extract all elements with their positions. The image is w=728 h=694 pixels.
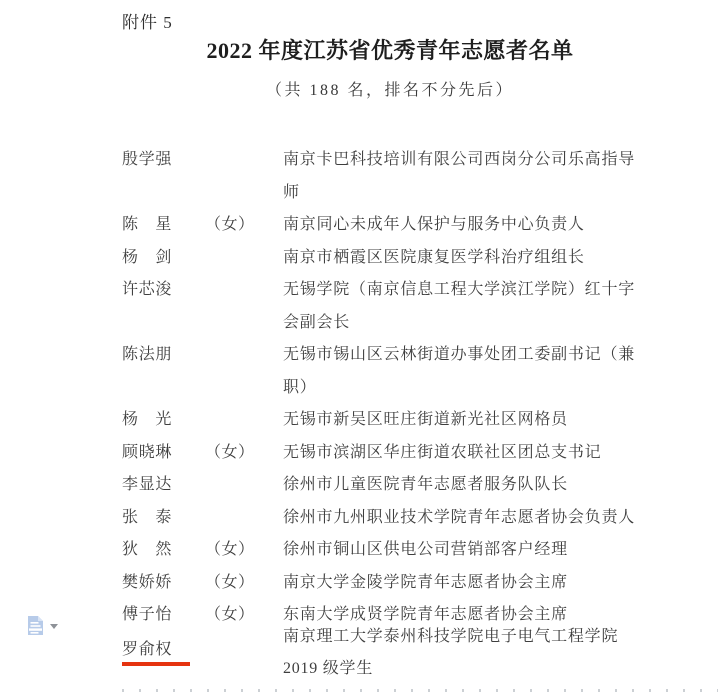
page-title: 2022 年度江苏省优秀青年志愿者名单 xyxy=(122,34,658,65)
organization-title: 南京理工大学泰州科技学院电子电气工程学院 2019 级学生 xyxy=(283,621,640,686)
volunteer-name: 许芯浚 xyxy=(122,274,205,307)
gender-label: （女） xyxy=(205,534,283,567)
volunteer-row: 顾晓琳 （女） 无锡市滨湖区华庄街道农联社区团总支书记 xyxy=(122,437,642,470)
volunteer-name: 张 泰 xyxy=(122,502,205,535)
organization-title: 徐州市铜山区供电公司营销部客户经理 xyxy=(283,534,640,567)
volunteer-row: 陈 星 （女） 南京同心未成年人保护与服务中心负责人 xyxy=(122,209,642,242)
organization-title: 南京同心未成年人保护与服务中心负责人 xyxy=(283,209,640,242)
volunteer-name: 樊娇娇 xyxy=(122,567,205,600)
volunteer-row: 樊娇娇 （女） 南京大学金陵学院青年志愿者协会主席 xyxy=(122,567,642,600)
volunteer-name: 陈 星 xyxy=(122,209,205,242)
volunteer-name: 陈法朋 xyxy=(122,339,205,372)
organization-title: 南京市栖霞区医院康复医学科治疗组组长 xyxy=(283,242,640,275)
volunteer-row: 张 泰 徐州市九州职业技术学院青年志愿者协会负责人 xyxy=(122,502,642,535)
organization-title: 无锡市滨湖区华庄街道农联社区团总支书记 xyxy=(283,437,640,470)
volunteer-row: 狄 然 （女） 徐州市铜山区供电公司营销部客户经理 xyxy=(122,534,642,567)
paste-options-button[interactable] xyxy=(26,615,58,636)
gender-label: （女） xyxy=(205,567,283,600)
organization-title: 无锡市新吴区旺庄街道新光社区网格员 xyxy=(283,404,640,437)
gender-label: （女） xyxy=(205,599,283,632)
volunteer-row: 李显达 徐州市儿童医院青年志愿者服务队队长 xyxy=(122,469,642,502)
volunteer-name: 顾晓琳 xyxy=(122,437,205,470)
gender-label: （女） xyxy=(205,437,283,470)
volunteer-name: 罗俞权 xyxy=(122,641,205,666)
paste-options-icon[interactable] xyxy=(26,615,45,636)
organization-title: 无锡学院（南京信息工程大学滨江学院）红十字会副会长 xyxy=(283,274,640,339)
volunteer-name: 李显达 xyxy=(122,469,205,502)
chevron-down-icon[interactable] xyxy=(50,624,58,629)
volunteer-row: 杨 剑 南京市栖霞区医院康复医学科治疗组组长 xyxy=(122,242,642,275)
organization-title: 徐州市儿童医院青年志愿者服务队队长 xyxy=(283,469,640,502)
volunteer-row: 许芯浚 无锡学院（南京信息工程大学滨江学院）红十字会副会长 xyxy=(122,274,642,339)
organization-title: 南京大学金陵学院青年志愿者协会主席 xyxy=(283,567,640,600)
volunteer-name: 杨 光 xyxy=(122,404,205,437)
volunteer-row: 杨 光 无锡市新吴区旺庄街道新光社区网格员 xyxy=(122,404,642,437)
clipped-next-row xyxy=(122,689,718,692)
volunteer-name: 殷学强 xyxy=(122,144,205,177)
organization-title: 徐州市九州职业技术学院青年志愿者协会负责人 xyxy=(283,502,640,535)
organization-title: 无锡市锡山区云林街道办事处团工委副书记（兼职） xyxy=(283,339,640,404)
volunteer-row: 殷学强 南京卡巴科技培训有限公司西岗分公司乐高指导师 xyxy=(122,144,642,209)
volunteer-name: 狄 然 xyxy=(122,534,205,567)
page-subtitle: （共 188 名，排名不分先后） xyxy=(122,77,658,100)
volunteer-name: 杨 剑 xyxy=(122,242,205,275)
gender-label: （女） xyxy=(205,209,283,242)
attachment-label: 附件 5 xyxy=(122,8,173,33)
organization-title: 南京卡巴科技培训有限公司西岗分公司乐高指导师 xyxy=(283,144,640,209)
volunteer-name: 傅子怡 xyxy=(122,599,205,632)
volunteer-list: 殷学强 南京卡巴科技培训有限公司西岗分公司乐高指导师 陈 星 （女） 南京同心未… xyxy=(122,144,642,686)
document-page: 附件 5 2022 年度江苏省优秀青年志愿者名单 （共 188 名，排名不分先后… xyxy=(0,0,728,694)
volunteer-row: 陈法朋 无锡市锡山区云林街道办事处团工委副书记（兼职） xyxy=(122,339,642,404)
